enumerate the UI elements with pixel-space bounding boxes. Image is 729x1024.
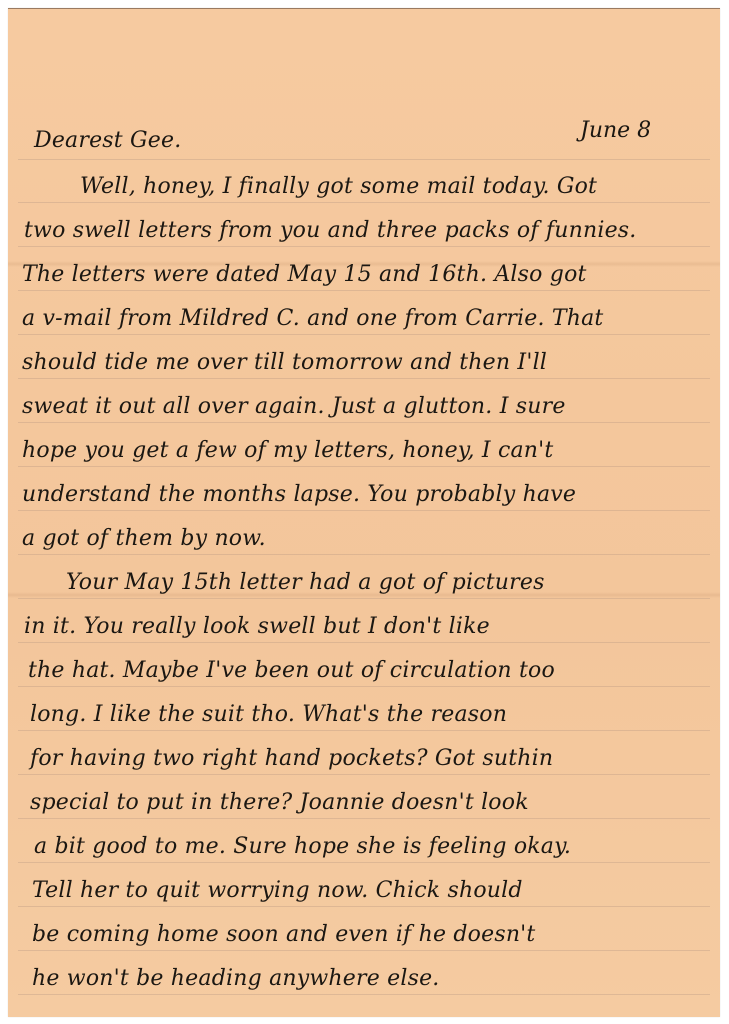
ruled-line xyxy=(18,290,710,291)
ruled-line xyxy=(18,994,710,995)
letter-line: the hat. Maybe I've been out of circulat… xyxy=(28,658,555,683)
ruled-line xyxy=(18,730,710,731)
letter-line: Well, honey, I finally got some mail tod… xyxy=(80,174,597,199)
ruled-line xyxy=(18,950,710,951)
ruled-line xyxy=(18,422,710,423)
ruled-line xyxy=(18,862,710,863)
letter-line: should tide me over till tomorrow and th… xyxy=(22,350,547,375)
ruled-line xyxy=(18,906,710,907)
letter-line: for having two right hand pockets? Got s… xyxy=(30,746,553,771)
letter-line: in it. You really look swell but I don't… xyxy=(24,614,490,639)
ruled-line xyxy=(18,378,710,379)
letter-line: The letters were dated May 15 and 16th. … xyxy=(22,262,587,287)
ruled-line xyxy=(18,554,710,555)
ruled-line xyxy=(18,686,710,687)
letter-line: long. I like the suit tho. What's the re… xyxy=(30,702,507,727)
letter-page xyxy=(8,8,720,1017)
letter-line: special to put in there? Joannie doesn't… xyxy=(30,790,529,815)
letter-line: he won't be heading anywhere else. xyxy=(32,966,440,991)
ruled-line xyxy=(18,510,710,511)
ruled-line xyxy=(18,598,710,599)
letter-line: a v-mail from Mildred C. and one from Ca… xyxy=(22,306,603,331)
ruled-line xyxy=(18,774,710,775)
ruled-line xyxy=(18,159,710,160)
letter-line: Your May 15th letter had a got of pictur… xyxy=(66,570,545,595)
ruled-line xyxy=(18,202,710,203)
ruled-line xyxy=(18,466,710,467)
letter-line: Tell her to quit worrying now. Chick sho… xyxy=(32,878,523,903)
salutation: Dearest Gee. xyxy=(34,128,181,153)
letter-line: hope you get a few of my letters, honey,… xyxy=(22,438,553,463)
ruled-line xyxy=(18,642,710,643)
letter-date: June 8 xyxy=(580,118,651,143)
ruled-line xyxy=(18,334,710,335)
ruled-line xyxy=(18,246,710,247)
letter-line: be coming home soon and even if he doesn… xyxy=(32,922,535,947)
letter-line: sweat it out all over again. Just a glut… xyxy=(22,394,566,419)
letter-line: a bit good to me. Sure hope she is feeli… xyxy=(34,834,571,859)
letter-line: a got of them by now. xyxy=(22,526,266,551)
letter-line: understand the months lapse. You probabl… xyxy=(22,482,576,507)
ruled-line xyxy=(18,818,710,819)
letter-line: two swell letters from you and three pac… xyxy=(24,218,637,243)
